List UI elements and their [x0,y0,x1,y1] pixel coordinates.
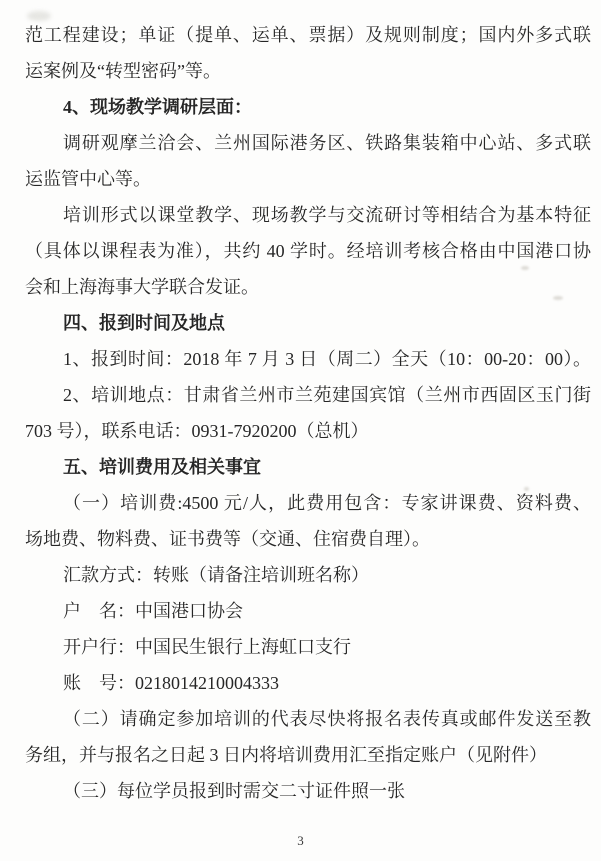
text-line: 汇款方式：转账（请备注培训班名称） [25,557,591,593]
section-heading: 五、培训费用及相关事宜 [25,449,591,485]
text-line: （三）每位学员报到时需交二寸证件照一张 [25,773,591,809]
text-line: 范工程建设；单证（提单、运单、票据）及规则制度；国内外多式联 [25,17,591,53]
text-line: 703 号），联系电话：0931-7920200（总机） [25,413,591,449]
text-line: 培训形式以课堂教学、现场教学与交流研讨等相结合为基本特征 [25,197,591,233]
text-line: 运监管中心等。 [25,161,591,197]
text-line: （具体以课程表为准），共约 40 学时。经培训考核合格由中国港口协 [25,233,591,269]
text-line: 调研观摩兰洽会、兰州国际港务区、铁路集装箱中心站、多式联 [25,125,591,161]
section-heading: 4、现场教学调研层面： [25,89,591,125]
text-line: 运案例及“转型密码”等。 [25,53,591,89]
text-line: （二）请确定参加培训的代表尽快将报名表传真或邮件发送至教 [25,701,591,737]
text-line: 场地费、物料费、证书费等（交通、住宿费自理）。 [25,521,591,557]
document-content: 范工程建设；单证（提单、运单、票据）及规则制度；国内外多式联运案例及“转型密码”… [25,17,591,809]
text-line: 开户行：中国民生银行上海虹口支行 [25,629,591,665]
text-line: 户 名：中国港口协会 [25,593,591,629]
text-line: 会和上海海事大学联合发证。 [25,269,591,305]
text-line: 账 号：0218014210004333 [25,665,591,701]
section-heading: 四、报到时间及地点 [25,305,591,341]
text-line: 1、报到时间：2018 年 7 月 3 日（周二）全天（10：00-20：00）… [25,341,591,377]
document-page: 范工程建设；单证（提单、运单、票据）及规则制度；国内外多式联运案例及“转型密码”… [0,0,601,861]
text-line: （一）培训费:4500 元/人，此费用包含：专家讲课费、资料费、 [25,485,591,521]
page-number: 3 [0,833,601,849]
text-line: 务组，并与报名之日起 3 日内将培训费用汇至指定账户（见附件） [25,737,591,773]
text-line: 2、培训地点：甘肃省兰州市兰苑建国宾馆（兰州市西固区玉门街 [25,377,591,413]
